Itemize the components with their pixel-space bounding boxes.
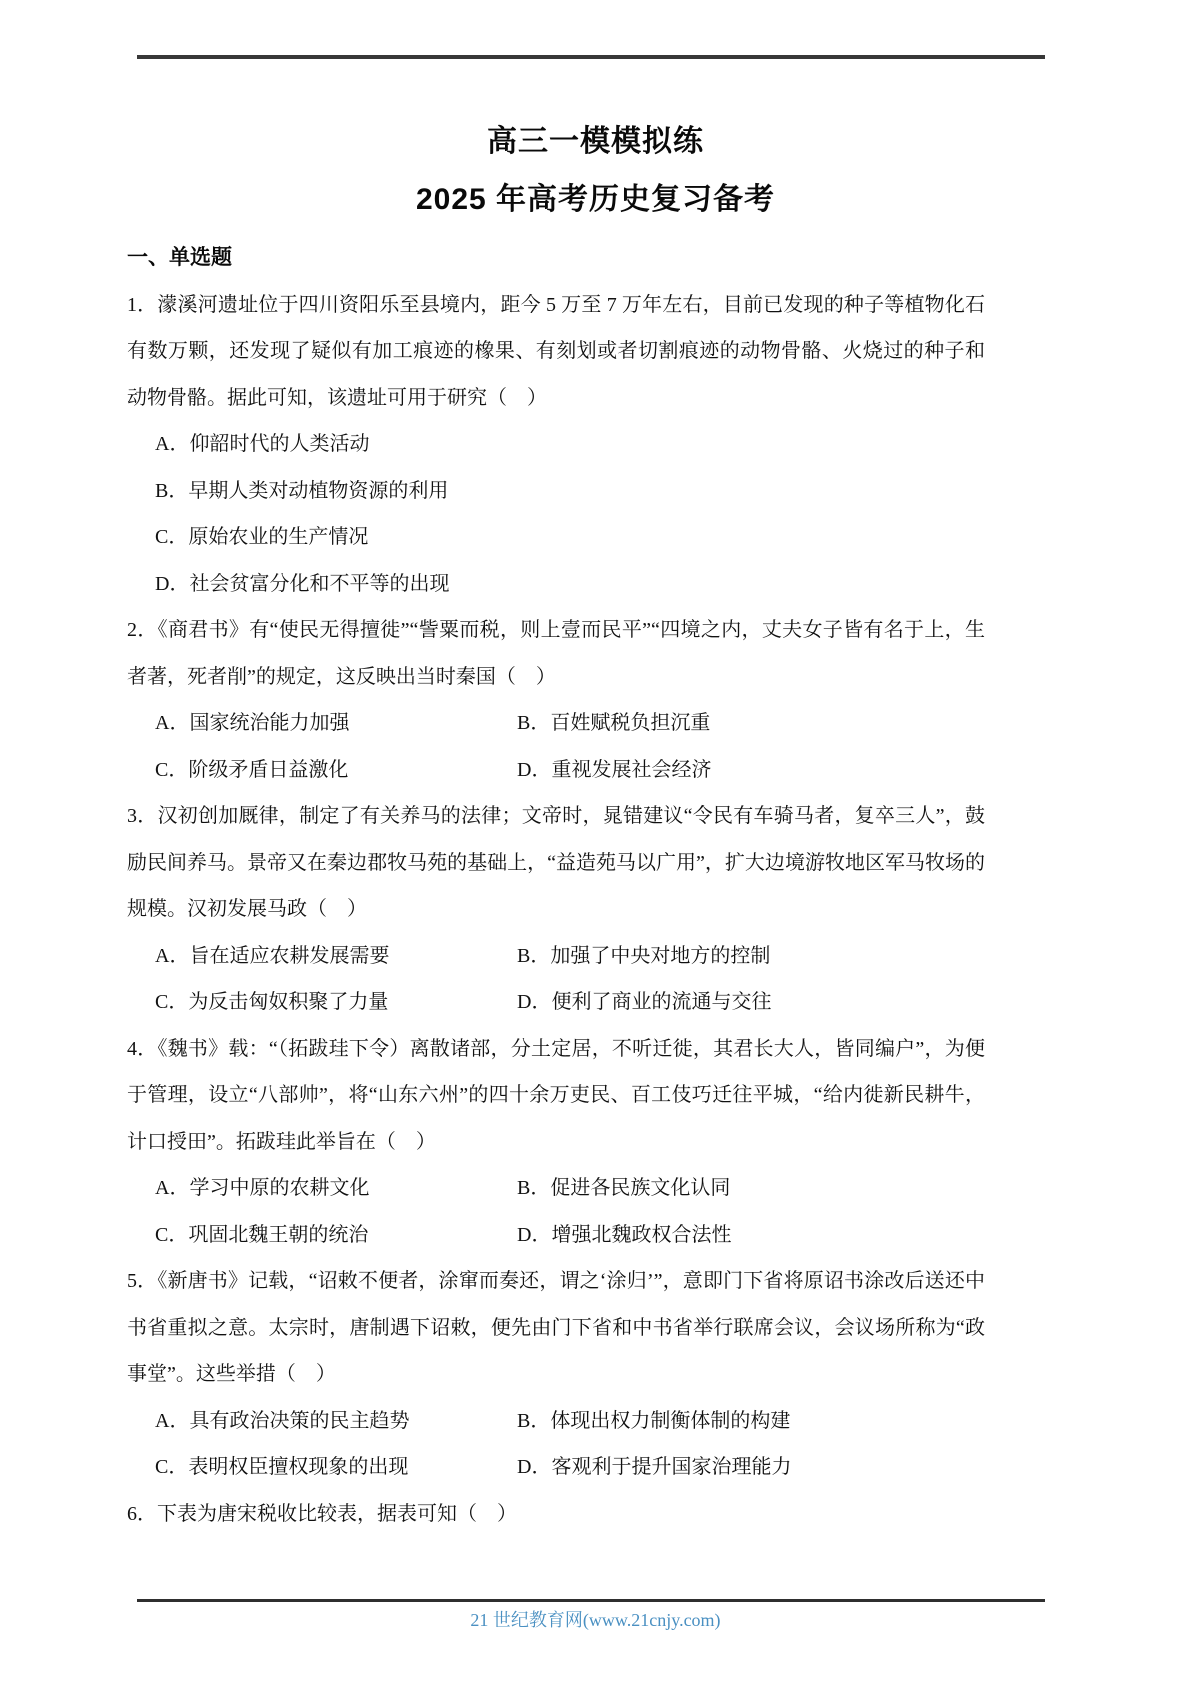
question-2-options-row-1: A．国家统治能力加强 B．百姓赋税负担沉重	[155, 700, 985, 747]
question-4-options-row-1: A．学习中原的农耕文化 B．促进各民族文化认同	[155, 1165, 985, 1212]
footer-site-credit: 21 世纪教育网(www.21cnjy.com)	[0, 1607, 1191, 1633]
question-1-option-d: D．社会贫富分化和不平等的出现	[155, 561, 985, 608]
question-1-option-a: A．仰韶时代的人类活动	[155, 421, 985, 468]
question-1-option-c: C．原始农业的生产情况	[155, 514, 985, 561]
question-5-option-d: D．客观利于提升国家治理能力	[517, 1444, 985, 1491]
question-3-option-a: A．旨在适应农耕发展需要	[155, 933, 517, 980]
question-2-stem: 2．《商君书》有“使民无得擅徙”“訾粟而税，则上壹而民平”“四境之内，丈夫女子皆…	[127, 607, 985, 700]
question-2-options: A．国家统治能力加强 B．百姓赋税负担沉重 C．阶级矛盾日益激化 D．重视发展社…	[127, 700, 985, 793]
question-2: 2．《商君书》有“使民无得擅徙”“訾粟而税，则上壹而民平”“四境之内，丈夫女子皆…	[127, 607, 985, 793]
question-4-options: A．学习中原的农耕文化 B．促进各民族文化认同 C．巩固北魏王朝的统治 D．增强…	[127, 1165, 985, 1258]
question-6: 6．下表为唐宋税收比较表，据表可知（ ）	[127, 1491, 985, 1538]
question-5-option-c: C．表明权臣擅权现象的出现	[155, 1444, 517, 1491]
exam-body: 一、单选题 1．濛溪河遗址位于四川资阳乐至县境内，距今 5 万至 7 万年左右，…	[127, 235, 985, 1537]
question-4-option-b: B．促进各民族文化认同	[517, 1165, 985, 1212]
question-6-stem: 6．下表为唐宋税收比较表，据表可知（ ）	[127, 1491, 985, 1538]
header-rule	[137, 55, 1045, 59]
question-3-options: A．旨在适应农耕发展需要 B．加强了中央对地方的控制 C．为反击匈奴积聚了力量 …	[127, 933, 985, 1026]
question-2-option-d: D．重视发展社会经济	[517, 747, 985, 794]
exam-title: 高三一模模拟练	[0, 124, 1191, 160]
question-2-option-a: A．国家统治能力加强	[155, 700, 517, 747]
question-1: 1．濛溪河遗址位于四川资阳乐至县境内，距今 5 万至 7 万年左右，目前已发现的…	[127, 282, 985, 608]
question-3-options-row-1: A．旨在适应农耕发展需要 B．加强了中央对地方的控制	[155, 933, 985, 980]
question-4-options-row-2: C．巩固北魏王朝的统治 D．增强北魏政权合法性	[155, 1212, 985, 1259]
question-4-option-c: C．巩固北魏王朝的统治	[155, 1212, 517, 1259]
question-3-option-c: C．为反击匈奴积聚了力量	[155, 979, 517, 1026]
question-4-option-a: A．学习中原的农耕文化	[155, 1165, 517, 1212]
question-3-stem: 3．汉初创加厩律，制定了有关养马的法律；文帝时，晁错建议“令民有车骑马者，复卒三…	[127, 793, 985, 933]
question-1-option-b: B．早期人类对动植物资源的利用	[155, 468, 985, 515]
question-5-options: A．具有政治决策的民主趋势 B．体现出权力制衡体制的构建 C．表明权臣擅权现象的…	[127, 1398, 985, 1491]
question-2-option-c: C．阶级矛盾日益激化	[155, 747, 517, 794]
question-3-options-row-2: C．为反击匈奴积聚了力量 D．便利了商业的流通与交往	[155, 979, 985, 1026]
question-5-option-b: B．体现出权力制衡体制的构建	[517, 1398, 985, 1445]
section-heading-single-choice: 一、单选题	[127, 235, 985, 282]
question-4-option-d: D．增强北魏政权合法性	[517, 1212, 985, 1259]
question-3-option-d: D．便利了商业的流通与交往	[517, 979, 985, 1026]
question-5-option-a: A．具有政治决策的民主趋势	[155, 1398, 517, 1445]
question-5-stem: 5．《新唐书》记载，“诏敕不便者，涂窜而奏还，谓之‘涂归’”，意即门下省将原诏书…	[127, 1258, 985, 1398]
question-5: 5．《新唐书》记载，“诏敕不便者，涂窜而奏还，谓之‘涂归’”，意即门下省将原诏书…	[127, 1258, 985, 1491]
question-4-stem: 4．《魏书》载：“（拓跋珪下令）离散诸部，分土定居，不听迁徙，其君长大人，皆同编…	[127, 1026, 985, 1166]
exam-subtitle: 2025 年高考历史复习备考	[0, 182, 1191, 218]
question-2-option-b: B．百姓赋税负担沉重	[517, 700, 985, 747]
question-4: 4．《魏书》载：“（拓跋珪下令）离散诸部，分土定居，不听迁徙，其君长大人，皆同编…	[127, 1026, 985, 1259]
question-2-options-row-2: C．阶级矛盾日益激化 D．重视发展社会经济	[155, 747, 985, 794]
question-1-options: A．仰韶时代的人类活动 B．早期人类对动植物资源的利用 C．原始农业的生产情况 …	[127, 421, 985, 607]
question-5-options-row-1: A．具有政治决策的民主趋势 B．体现出权力制衡体制的构建	[155, 1398, 985, 1445]
question-3: 3．汉初创加厩律，制定了有关养马的法律；文帝时，晁错建议“令民有车骑马者，复卒三…	[127, 793, 985, 1026]
question-3-option-b: B．加强了中央对地方的控制	[517, 933, 985, 980]
exam-document-page: 高三一模模拟练 2025 年高考历史复习备考 一、单选题 1．濛溪河遗址位于四川…	[0, 0, 1191, 1684]
question-5-options-row-2: C．表明权臣擅权现象的出现 D．客观利于提升国家治理能力	[155, 1444, 985, 1491]
footer-rule	[137, 1599, 1045, 1602]
question-1-stem: 1．濛溪河遗址位于四川资阳乐至县境内，距今 5 万至 7 万年左右，目前已发现的…	[127, 282, 985, 422]
